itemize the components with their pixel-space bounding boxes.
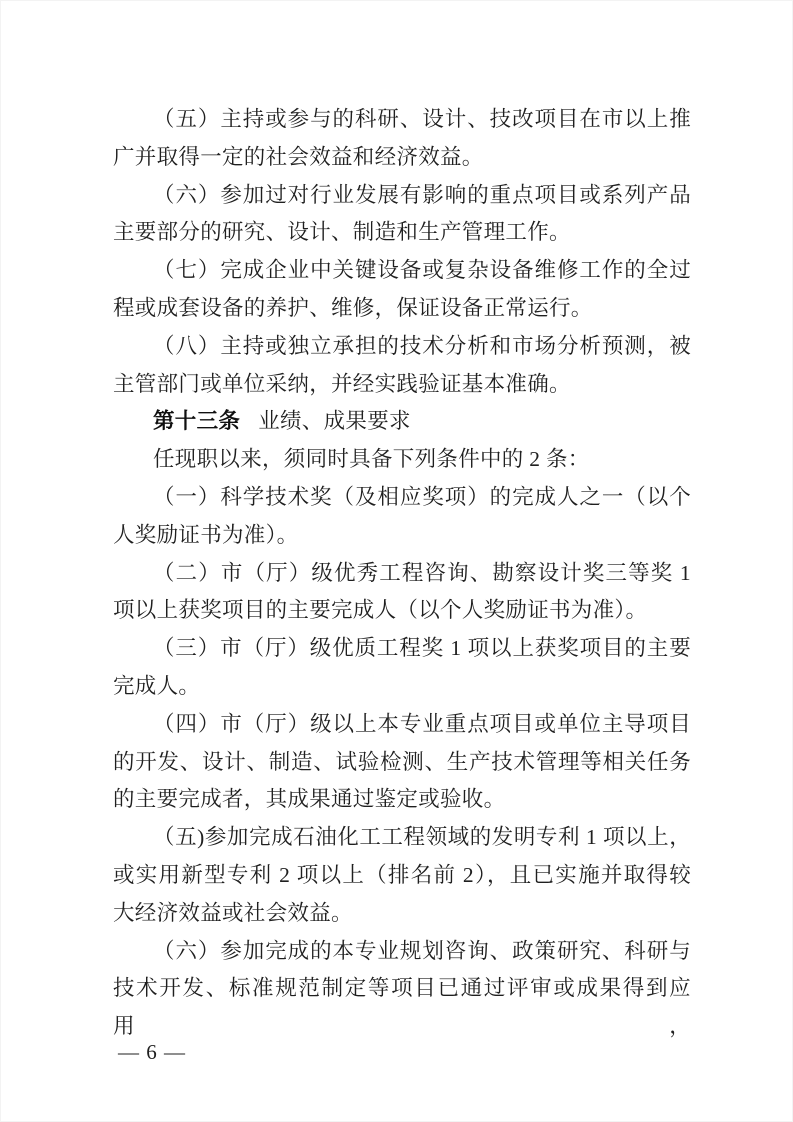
text-line: （四）市（厅）级以上本专业重点项目或单位主导项目 <box>113 706 691 744</box>
text-line: （一）科学技术奖（及相应奖项）的完成人之一（以个 <box>113 479 691 517</box>
text-line: （六）参加过对行业发展有影响的重点项目或系列产品 <box>113 177 691 215</box>
text-line: 大经济效益或社会效益。 <box>113 895 691 933</box>
text-line: 的开发、设计、制造、试验检测、生产技术管理等相关任务 <box>113 744 691 782</box>
text-line: 主要部分的研究、设计、制造和生产管理工作。 <box>113 214 691 252</box>
text-line: 程或成套设备的养护、维修，保证设备正常运行。 <box>113 290 691 328</box>
document-page: （五）主持或参与的科研、设计、技改项目在市以上推 广并取得一定的社会效益和经济效… <box>0 0 793 1122</box>
text-line: （五)参加完成石油化工工程领域的发明专利 1 项以上， <box>113 819 691 857</box>
text-line: 的主要完成者，其成果通过鉴定或验收。 <box>113 781 691 819</box>
text-line: 广并取得一定的社会效益和经济效益。 <box>113 139 691 177</box>
section-heading: 第十三条业绩、成果要求 <box>113 403 691 441</box>
text-line: （五）主持或参与的科研、设计、技改项目在市以上推 <box>113 101 691 139</box>
text-line: 项以上获奖项目的主要完成人（以个人奖励证书为准）。 <box>113 592 691 630</box>
text-line: 技术开发、标准规范制定等项目已通过评审或成果得到应用， <box>113 970 691 1008</box>
page-number: — 6 — <box>118 1038 186 1066</box>
document-body: （五）主持或参与的科研、设计、技改项目在市以上推 广并取得一定的社会效益和经济效… <box>113 101 691 1008</box>
article-number: 第十三条 <box>153 409 240 433</box>
article-title: 业绩、成果要求 <box>258 409 411 433</box>
text-line: 人奖励证书为准）。 <box>113 517 691 555</box>
text-line: （二）市（厅）级优秀工程咨询、勘察设计奖三等奖 1 <box>113 555 691 593</box>
text-line: 任现职以来，须同时具备下列条件中的 2 条： <box>113 441 691 479</box>
text-line: （八）主持或独立承担的技术分析和市场分析预测，被 <box>113 328 691 366</box>
text-line: 主管部门或单位采纳，并经实践验证基本准确。 <box>113 366 691 404</box>
text-line: （六）参加完成的本专业规划咨询、政策研究、科研与 <box>113 933 691 971</box>
text-line: 或实用新型专利 2 项以上（排名前 2），且已实施并取得较 <box>113 857 691 895</box>
text-line: （七）完成企业中关键设备或复杂设备维修工作的全过 <box>113 252 691 290</box>
text-line: （三）市（厅）级优质工程奖 1 项以上获奖项目的主要 <box>113 630 691 668</box>
text-line: 完成人。 <box>113 668 691 706</box>
